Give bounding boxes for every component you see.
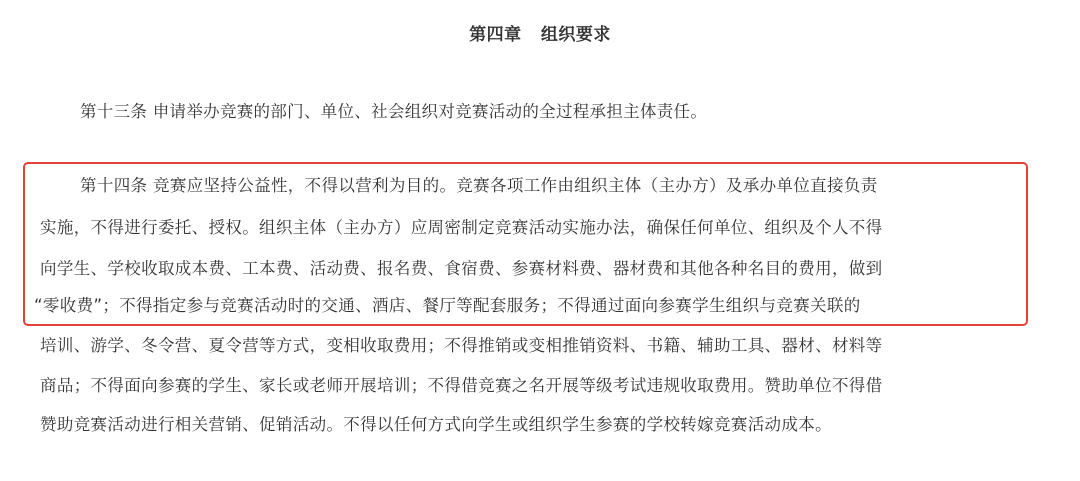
article-14-line: 赞助竞赛活动进行相关营销、促销活动。不得以任何方式向学生或组织学生参赛的学校转嫁… xyxy=(40,409,832,440)
article-14-line: 商品；不得面向参赛的学生、家长或老师开展培训；不得借竞赛之名开展等级考试违规收取… xyxy=(40,370,883,401)
highlight-box xyxy=(23,162,1028,326)
article-13: 第十三条 申请举办竞赛的部门、单位、社会组织对竞赛活动的全过程承担主体责任。 xyxy=(40,96,1030,127)
article-14-line: 培训、游学、冬令营、夏令营等方式，变相收取费用；不得推销或变相推销资料、书籍、辅… xyxy=(40,330,883,361)
chapter-title: 第四章 组织要求 xyxy=(0,20,1080,45)
